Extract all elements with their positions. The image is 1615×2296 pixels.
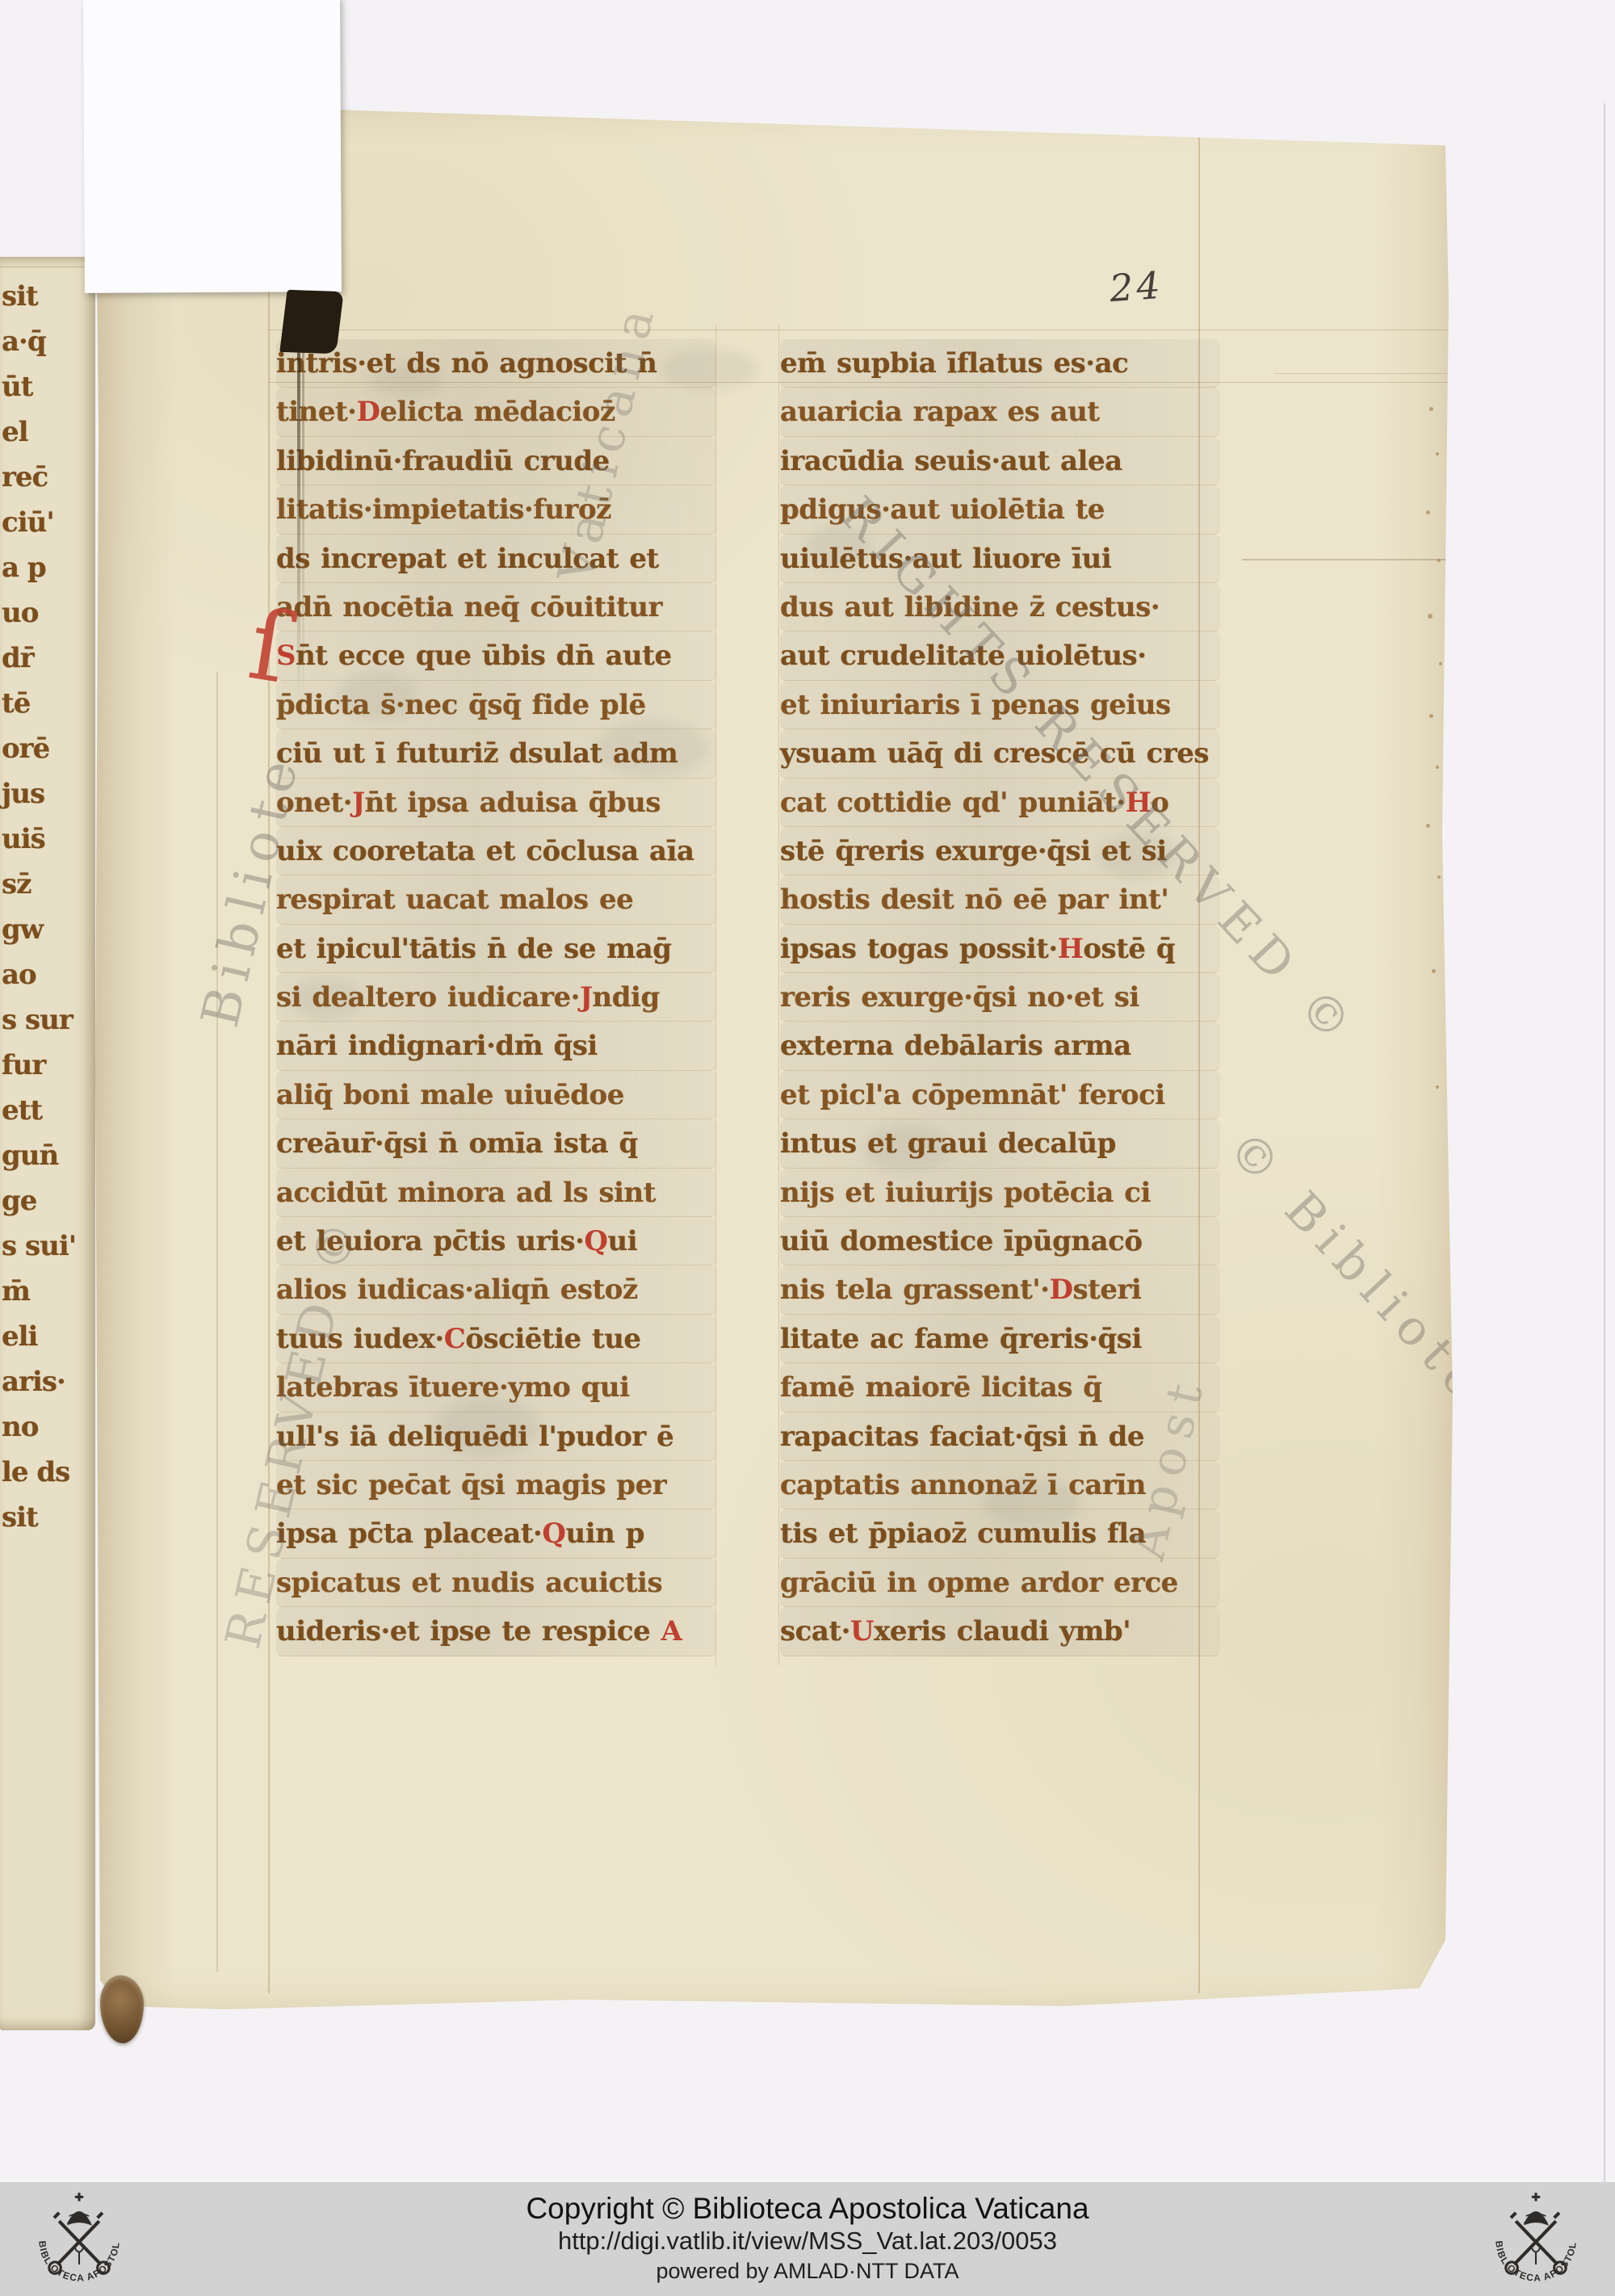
facing-page-fragment: s sur (2, 1000, 74, 1040)
text-line: ull's iā deliquēdi l'pudor ē (276, 1412, 716, 1461)
text-line: tis et p̄piaoz̄ cumulis fla (780, 1509, 1220, 1558)
vatican-library-emblem-icon: BIBLIOTECA APOSTOLICA VATICANA (27, 2187, 131, 2292)
facing-page-fragment: m̄ (2, 1271, 74, 1312)
wormhole-dot (1429, 407, 1433, 411)
text-line: ysuam uāq̄ di crescē cū cres (780, 729, 1220, 778)
rubric-initial: H (1126, 787, 1151, 819)
text-line: accidūt minora ad ls sint (276, 1169, 716, 1217)
rubric-initial: Q (584, 1225, 607, 1257)
facing-page-fragment: a p (2, 548, 74, 588)
rubric-initial: A (661, 1615, 682, 1647)
text-column-left: intris·et ds nō agnoscit n̄tinet·Delicta… (276, 339, 716, 1664)
text-line: et iniuriaris ī penas geius (780, 681, 1220, 729)
wormhole-dot (1436, 452, 1439, 455)
text-line: nijs et iuiurijs potēcia ci (780, 1169, 1220, 1217)
text-line: uiū domestice īpūgnacō (780, 1217, 1220, 1266)
fold-crease (1274, 373, 1453, 374)
facing-page-fragment: aris· (2, 1362, 74, 1402)
text-line: auaricia rapax es aut (780, 388, 1220, 436)
text-line: ds increpat et inculcat et (276, 535, 716, 583)
text-line: p̄dicta s̄·nec q̄sq̄ fide plē (276, 681, 716, 729)
facing-page-fragment: tē (2, 683, 74, 724)
rubric-initial: C (444, 1323, 466, 1355)
facing-page-fragment: no (2, 1407, 74, 1447)
endband-tuft (100, 1975, 144, 2043)
facing-page-fragment: sit (2, 276, 74, 317)
text-line: uix cooretata et cōclusa aīa (276, 827, 716, 875)
text-line: pdigus·aut uiolētia te (780, 485, 1220, 534)
guard-paper (83, 0, 342, 293)
wormhole-dot (1437, 875, 1441, 879)
facing-page-fragment: fur (2, 1045, 74, 1085)
footer-powered-by: powered by AMLAD·NTT DATA (0, 2256, 1615, 2286)
text-line: cat cottidie qd' puniāt·Ho (780, 779, 1220, 827)
facing-page-fragment: dr̄ (2, 638, 74, 678)
footer-copyright: Copyright © Biblioteca Apostolica Vatica… (0, 2192, 1615, 2226)
wormhole-dot (1439, 662, 1442, 665)
text-line: alios iudicas·aliqn̄ estoz̄ (276, 1266, 716, 1314)
text-line: et picl'a cōpemnāt' feroci (780, 1071, 1220, 1119)
binding-notch (279, 290, 343, 354)
text-line: creāur̄·q̄si n̄ omīa ista q̄ (276, 1119, 716, 1168)
rubric-initial: D (357, 396, 380, 428)
facing-page-fragment: ao (2, 955, 74, 995)
text-line: tinet·Delicta mēdacioz̄ (276, 388, 716, 436)
text-column-right: em̄ supbia īflatus es·acauaricia rapax e… (780, 339, 1220, 1664)
text-line: intris·et ds nō agnoscit n̄ (276, 339, 716, 388)
wormhole-dot (1426, 824, 1430, 828)
rubric-initial: J (352, 787, 365, 819)
rubric-initial: D (1050, 1274, 1073, 1306)
text-line: si dealtero iudicare·Jndig (276, 973, 716, 1022)
text-line: nāri indignari·dm̄ q̄si (276, 1022, 716, 1070)
facing-page-fragment: eli (2, 1316, 74, 1357)
text-line: stē q̄reris exurge·q̄si et si (780, 827, 1220, 875)
ruling-line (0, 267, 95, 267)
facing-page-fragment: jus (2, 774, 74, 814)
wormhole-dot (1432, 969, 1436, 973)
text-line: scat·Uxeris claudi ymb' (780, 1607, 1220, 1656)
text-line: famē maiorē licitas q̄ (780, 1363, 1220, 1412)
wormhole-dot (1437, 559, 1441, 562)
text-line: latebras ītuere·ymo qui (276, 1363, 716, 1412)
scanned-manuscript-view: { "page": { "folio_number": "24", "left_… (0, 0, 1615, 2296)
text-line: uideris·et ipse te respice A (276, 1607, 716, 1656)
facing-page-fragment: gun̄ (2, 1135, 74, 1176)
text-line: nis tela grassent'·Dsteri (780, 1266, 1220, 1314)
text-line: respirat uacat malos ee (276, 875, 716, 924)
vatican-library-emblem-icon: BIBLIOTECA APOSTOLICA VATICANA (1484, 2187, 1588, 2292)
facing-page-fragment: ūt (2, 367, 74, 407)
facing-page-sliver: sita·q̄ūtelrec̄ciū'a puodr̄tēorējusuis̄s… (0, 257, 95, 2030)
text-line: rapacitas faciat·q̄si n̄ de (780, 1412, 1220, 1461)
text-line: libidinū·fraudiū crude (276, 437, 716, 485)
text-line: spicatus et nudis acuictis (276, 1559, 716, 1607)
wormhole-dot (1436, 766, 1439, 769)
wormhole-dot (1426, 510, 1430, 514)
facing-page-fragment: el (2, 412, 74, 452)
wormhole-dot (1436, 1085, 1439, 1089)
facing-page-fragment: gw (2, 909, 74, 950)
facing-page-fragment: uo (2, 593, 74, 633)
text-line: dus aut libidine z̄ cestus· (780, 583, 1220, 632)
facing-page-fragment: orē (2, 728, 74, 769)
fold-crease (216, 672, 218, 1972)
facing-page-fragment: uis̄ (2, 819, 74, 859)
rubric-initial: U (850, 1615, 874, 1647)
text-line: reris exurge·q̄si no·et si (780, 973, 1220, 1022)
text-line: externa debālaris arma (780, 1022, 1220, 1070)
rubric-initial: H (1058, 933, 1084, 965)
text-line: litatis·impietatis·furoz̄ (276, 485, 716, 534)
ruling-line (268, 123, 270, 1993)
wormhole-dot (1429, 714, 1433, 718)
text-line: uiulētus·aut liuore īui (780, 535, 1220, 583)
text-line: onet·Jn̄t ipsa aduisa q̄bus (276, 779, 716, 827)
facing-page-fragment: ett (2, 1090, 74, 1131)
scanner-edge-line (1604, 103, 1605, 2182)
text-line: aut crudelitate uiolētus· (780, 632, 1220, 680)
copyright-footer: Copyright © Biblioteca Apostolica Vatica… (0, 2182, 1615, 2296)
text-line: ipsa pc̄ta placeat·Quin p (276, 1509, 716, 1558)
facing-page-fragment: s sui' (2, 1226, 74, 1266)
text-line: Sn̄t ecce que ūbis dn̄ aute (276, 632, 716, 680)
fold-crease (1242, 559, 1453, 560)
text-line: et ipicul'tātis n̄ de se maḡ (276, 925, 716, 973)
facing-page-fragment: sit (2, 1497, 74, 1538)
text-line: intus et graui decalūp (780, 1119, 1220, 1168)
wormhole-dot (1428, 614, 1433, 619)
text-line: et sic pec̄at q̄si magis per (276, 1461, 716, 1509)
rubric-initial: Q (542, 1517, 565, 1550)
text-line: ciū ut ī futuriz̄ dsulat adm (276, 729, 716, 778)
text-line: captatis annonaz̄ ī carīn (780, 1461, 1220, 1509)
ruling-line (268, 329, 1449, 330)
text-line: em̄ supbia īflatus es·ac (780, 339, 1220, 388)
facing-page-fragment: sz̄ (2, 864, 74, 905)
folio-number: 24 (1108, 263, 1164, 311)
facing-page-fragment: ge (2, 1181, 74, 1221)
facing-page-fragment: le ds (2, 1452, 74, 1492)
text-line: adn̄ nocētia neq̄ cōuititur (276, 583, 716, 632)
text-line: tuus iudex·Cōsciētie tue (276, 1315, 716, 1363)
text-line: litate ac fame q̄reris·q̄si (780, 1315, 1220, 1363)
watermark-text: © Bibliote (1217, 1120, 1458, 1416)
binding-crease (297, 350, 300, 698)
facing-page-fragment: a·q̄ (2, 321, 74, 362)
ruling-line (778, 325, 779, 1665)
facing-page-fragment: rec̄ (2, 457, 74, 497)
text-line: ipsas togas possit·Hostē q̄ (780, 925, 1220, 973)
footer-url: http://digi.vatlib.it/view/MSS_Vat.lat.2… (0, 2226, 1615, 2256)
text-line: grāciū in opme ardor erce (780, 1559, 1220, 1607)
facing-page-fragment: ciū' (2, 502, 74, 543)
text-line: hostis desit nō eē par int' (780, 875, 1220, 924)
text-line: iracūdia seuis·aut alea (780, 437, 1220, 485)
text-line: aliq̄ boni male uiuēdoe (276, 1071, 716, 1119)
text-line: et leuiora pc̄tis uris·Qui (276, 1217, 716, 1266)
rubric-initial: J (580, 981, 593, 1014)
